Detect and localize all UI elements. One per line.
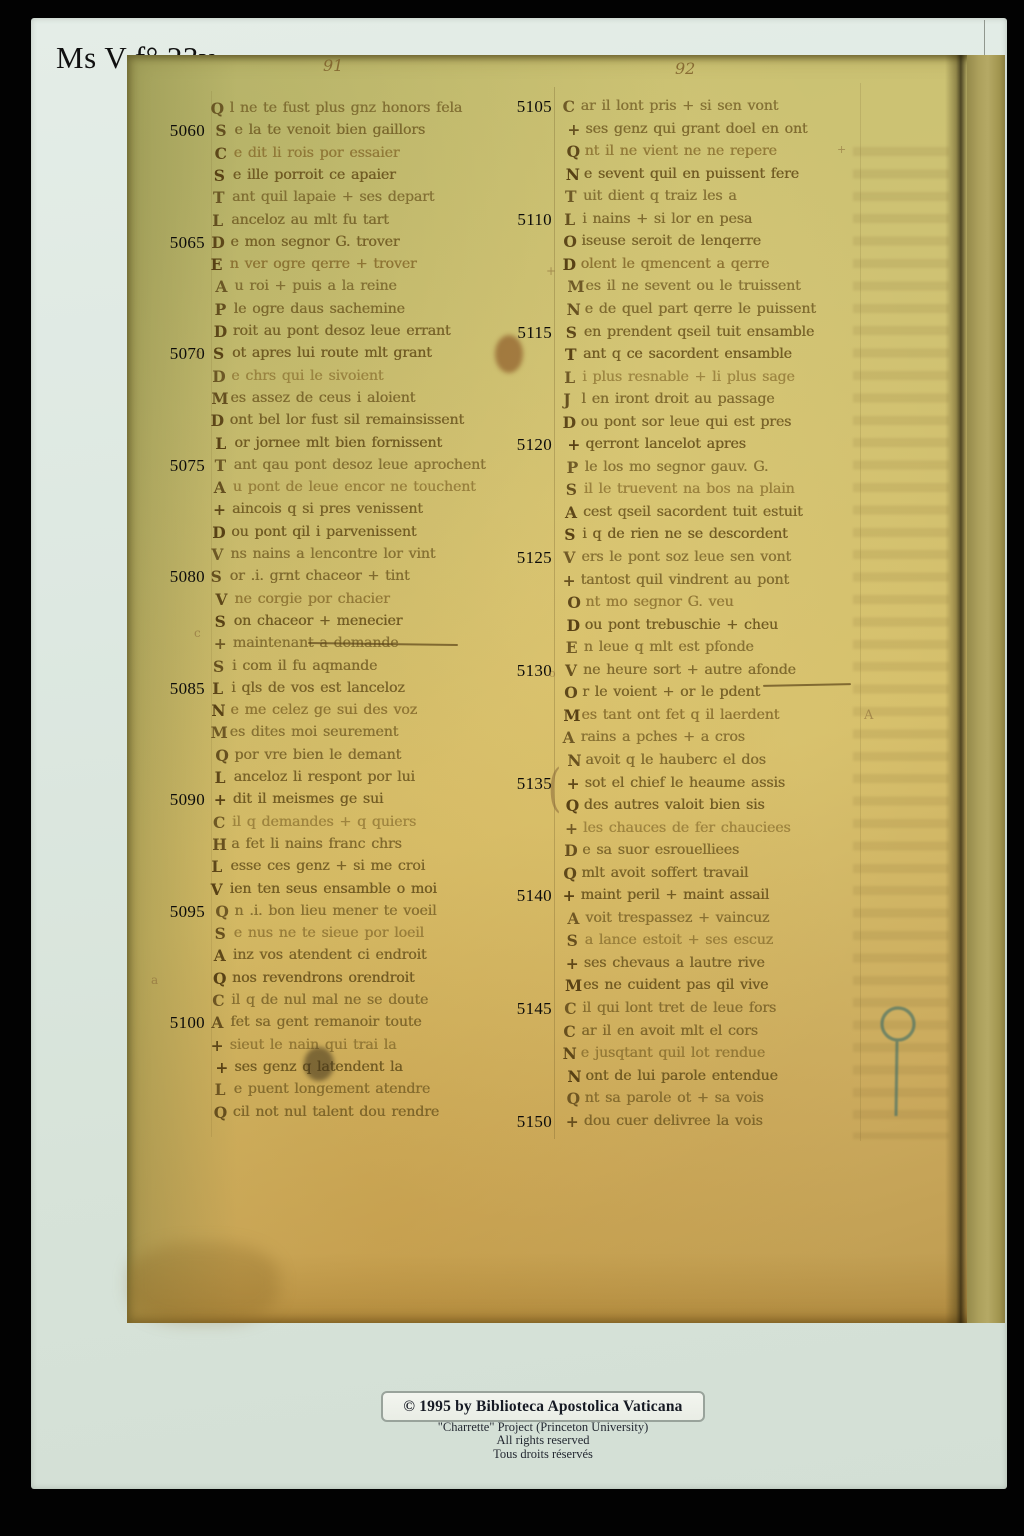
line-initial: Q xyxy=(566,796,580,815)
line-initial: D xyxy=(211,411,224,430)
line-text: es dites moi seurement xyxy=(230,724,399,740)
line-initial: D xyxy=(212,523,225,542)
line-text: es tant ont fet q il laerdent xyxy=(581,707,779,723)
line-initial: P xyxy=(567,458,579,477)
line-text: e de quel part qerre le puissent xyxy=(585,301,816,317)
line-text: uit dient q traiz les a xyxy=(583,188,737,204)
line-text: iseuse seroit de lenqerre xyxy=(581,233,761,249)
line-initial: Q xyxy=(215,902,229,921)
line-initial: Q xyxy=(213,969,227,988)
line-initial: Q xyxy=(214,1103,228,1122)
line-text: ien ten seus ensamble o moi xyxy=(230,881,437,897)
line-number: 5080 xyxy=(163,567,205,587)
line-initial: N xyxy=(566,165,580,184)
line-text: n ver ogre qerre + trover xyxy=(230,256,417,272)
line-initial: S xyxy=(566,480,577,499)
line-number: 5140 xyxy=(510,886,552,906)
teal-probe-mark xyxy=(875,998,921,1122)
line-initial: S xyxy=(211,567,222,586)
line-initial: P xyxy=(215,300,227,319)
line-initial: A xyxy=(567,909,579,928)
line-text: ne heure sort + autre afonde xyxy=(583,662,796,678)
line-number: 5120 xyxy=(510,435,552,455)
line-text: fet sa gent remanoir toute xyxy=(230,1014,421,1030)
line-initial: A xyxy=(565,503,577,522)
line-text: e la te venoit bien gaillors xyxy=(234,122,425,138)
line-initial: V xyxy=(211,545,223,564)
line-initial: L xyxy=(215,1080,226,1099)
line-initial: S xyxy=(213,657,224,676)
line-number: 5085 xyxy=(163,679,205,699)
copyright-label: © 1995 by Biblioteca Apostolica Vaticana xyxy=(381,1391,705,1422)
line-initial: S xyxy=(215,121,226,140)
book-gutter-shadow xyxy=(945,55,967,1323)
line-text: e me celez ge sui des voz xyxy=(230,702,417,718)
line-initial: S xyxy=(213,344,224,363)
marginal-mark: ( xyxy=(548,759,561,819)
slide-photograph: Ms V f° 23v 91 92 Ql ne te fust plus gnz… xyxy=(0,0,1024,1536)
line-number: 5135 xyxy=(510,774,552,794)
line-text: inz vos atendent ci endroit xyxy=(233,947,427,963)
line-initial: + xyxy=(214,634,227,653)
line-text: e ille porroit ce apaier xyxy=(233,167,396,183)
line-text: maint peril + maint assail xyxy=(581,887,770,903)
line-initial: V xyxy=(211,880,223,899)
line-text: le los mo segnor gauv. G. xyxy=(585,459,769,475)
line-initial: L xyxy=(212,211,223,230)
line-text: anceloz au mlt fu tart xyxy=(231,212,389,228)
line-initial: O xyxy=(564,683,578,702)
line-initial: M xyxy=(567,277,584,296)
line-initial: + xyxy=(567,774,580,793)
line-initial: Q xyxy=(567,1089,581,1108)
line-text: ar il lont pris + si sen vont xyxy=(581,98,779,114)
line-text: mlt avoit soffert travail xyxy=(581,865,748,881)
line-initial: N xyxy=(563,1044,577,1063)
line-initial: + xyxy=(213,500,226,519)
line-initial: C xyxy=(564,999,576,1018)
line-initial: A xyxy=(214,946,226,965)
line-initial: S xyxy=(566,323,577,342)
line-initial: S xyxy=(567,931,578,950)
line-text: ant quil lapaie + ses depart xyxy=(232,189,434,205)
line-text: tantost quil vindrent au pont xyxy=(581,572,789,588)
line-text: qerront lancelot apres xyxy=(585,436,745,452)
line-text: ers le pont soz leue sen vont xyxy=(581,549,791,565)
line-initial: L xyxy=(215,768,226,787)
line-text: il q de nul mal ne se doute xyxy=(231,992,428,1008)
line-text: aincois q si pres venissent xyxy=(232,501,423,517)
line-text: dou cuer delivree la vois xyxy=(584,1113,763,1129)
line-initial: D xyxy=(214,322,227,341)
line-initial: S xyxy=(564,525,575,544)
line-text: n .i. bon lieu mener te voeil xyxy=(234,903,436,919)
line-text: avoit q le hauberc el dos xyxy=(585,752,765,768)
line-initial: V xyxy=(215,590,227,609)
line-text: ou pont qil i parvenissent xyxy=(231,524,416,540)
line-text: ses genz qui grant doel en ont xyxy=(585,121,807,137)
credit-line-project: "Charrette" Project (Princeton Universit… xyxy=(376,1421,710,1434)
line-initial: + xyxy=(566,1112,579,1131)
line-text: on chaceor + menecier xyxy=(234,613,403,629)
line-initial: D xyxy=(563,255,576,274)
line-initial: A xyxy=(563,728,575,747)
line-initial: T xyxy=(565,187,577,206)
line-text: e puent longement atendre xyxy=(234,1081,430,1097)
line-initial: S xyxy=(215,612,226,631)
line-initial: J xyxy=(563,390,570,409)
line-initial: A xyxy=(211,1013,223,1032)
line-initial: + xyxy=(211,1036,224,1055)
line-number: 5100 xyxy=(163,1013,205,1033)
line-number: 5095 xyxy=(163,902,205,922)
line-initial: M xyxy=(565,976,582,995)
line-text: des autres valoit bien sis xyxy=(584,797,765,813)
marginal-mark: a xyxy=(151,973,158,987)
line-initial: C xyxy=(213,813,225,832)
line-number: 5060 xyxy=(163,121,205,141)
line-initial: D xyxy=(564,841,577,860)
line-initial: L xyxy=(215,434,226,453)
credits-block: "Charrette" Project (Princeton Universit… xyxy=(376,1421,710,1461)
line-text: cil not nul talent dou rendre xyxy=(233,1104,439,1120)
line-text: e dit li rois por essaier xyxy=(234,145,400,161)
line-text: a fet li nains franc chrs xyxy=(231,836,401,852)
line-text: nt sa parole ot + sa vois xyxy=(585,1090,764,1106)
line-text: e jusqtant quil lot rendue xyxy=(581,1045,765,1061)
line-number: 5130 xyxy=(510,661,552,681)
line-initial: V xyxy=(565,661,577,680)
line-text: le ogre daus sachemine xyxy=(234,301,405,317)
line-initial: A xyxy=(214,478,226,497)
line-initial: M xyxy=(563,706,580,725)
line-initial: S xyxy=(214,166,225,185)
line-initial: + xyxy=(563,571,576,590)
ink-blot xyxy=(304,1047,334,1081)
verso-showthrough xyxy=(853,147,949,1139)
line-initial: Q xyxy=(215,746,229,765)
line-text: roit au pont desoz leue errant xyxy=(233,323,451,339)
marginal-mark: + xyxy=(546,264,556,278)
line-text: sot el chief le heaume assis xyxy=(585,775,785,791)
line-text: ant qau pont desoz leue aprochent xyxy=(234,457,486,473)
line-text: olent le qmencent a qerre xyxy=(581,256,770,272)
line-text: i nains + si lor en pesa xyxy=(582,211,752,227)
line-initial: N xyxy=(567,1067,581,1086)
line-initial: + xyxy=(563,886,576,905)
marginal-mark: + xyxy=(837,143,846,156)
line-text: es il ne sevent ou le truissent xyxy=(585,278,800,294)
line-initial: + xyxy=(567,435,580,454)
line-initial: + xyxy=(565,819,578,838)
line-text: u roi + puis a la reine xyxy=(234,278,396,294)
line-initial: + xyxy=(214,790,227,809)
line-initial: T xyxy=(565,345,577,364)
line-text: ar il en avoit mlt el cors xyxy=(581,1023,757,1039)
line-text: e chrs qui le sivoient xyxy=(231,368,383,384)
ruling-line xyxy=(554,87,555,1139)
line-initial: C xyxy=(212,991,224,1010)
line-number: 5090 xyxy=(163,790,205,810)
line-initial: + xyxy=(566,954,579,973)
line-text: e mon segnor G. trover xyxy=(230,234,399,250)
line-initial: L xyxy=(212,679,223,698)
line-initial: D xyxy=(567,616,580,635)
line-number: 5065 xyxy=(163,233,205,253)
line-text: ns nains a lencontre lor vint xyxy=(230,546,435,562)
line-text: es assez de ceus i aloient xyxy=(230,390,415,406)
line-text: i plus resnable + li plus sage xyxy=(582,369,794,385)
line-initial: L xyxy=(564,210,575,229)
line-text: il le truevent na bos na plain xyxy=(584,481,795,497)
line-initial: Q xyxy=(563,864,577,883)
line-initial: M xyxy=(211,723,228,742)
line-initial: N xyxy=(211,701,225,720)
line-text: i q de rien ne se descordent xyxy=(582,526,787,542)
manuscript-page-photo: 91 92 Ql ne te fust plus gnz honors fela… xyxy=(127,55,1005,1323)
line-initial: O xyxy=(567,593,581,612)
line-initial: L xyxy=(211,857,222,876)
line-text: anceloz li respont por lui xyxy=(234,769,415,785)
line-initial: A xyxy=(215,277,227,296)
parchment-stain xyxy=(495,335,523,373)
line-initial: T xyxy=(213,188,225,207)
facing-page-edge xyxy=(967,55,1005,1323)
marginal-mark: A xyxy=(864,708,873,723)
line-text: a lance estoit + ses escuz xyxy=(585,932,773,948)
line-text: ne corgie por chacier xyxy=(234,591,389,607)
line-text: l ne te fust plus gnz honors fela xyxy=(230,100,462,116)
parchment-stain xyxy=(129,1243,279,1323)
line-initial: H xyxy=(212,835,227,854)
line-initial: + xyxy=(215,1058,228,1077)
marginal-mark: o xyxy=(549,667,556,680)
line-initial: C xyxy=(563,97,575,116)
line-initial: O xyxy=(563,232,577,251)
frame-crack-line xyxy=(984,20,985,56)
line-text: i com il fu aqmande xyxy=(232,658,377,674)
line-initial: Q xyxy=(567,142,581,161)
line-number: 5105 xyxy=(510,97,552,117)
line-number: 5110 xyxy=(510,210,552,230)
line-text: ses chevaus a lautre rive xyxy=(584,955,765,971)
line-initial: + xyxy=(567,120,580,139)
line-initial: C xyxy=(215,144,227,163)
line-number: 5150 xyxy=(510,1112,552,1132)
line-text: ou pont trebuschie + cheu xyxy=(585,617,778,633)
line-number: 5125 xyxy=(510,548,552,568)
line-initial: D xyxy=(211,233,224,252)
line-text: nos revendrons orendroit xyxy=(232,970,414,986)
line-initial: E xyxy=(566,638,578,657)
line-initial: L xyxy=(564,368,575,387)
line-text: ont bel lor fust sil remainsissent xyxy=(230,412,464,428)
line-initial: T xyxy=(215,456,227,475)
line-number: 5145 xyxy=(510,999,552,1019)
scribal-underline xyxy=(763,683,851,687)
line-initial: S xyxy=(215,924,226,943)
line-text: cest qseil sacordent tuit estuit xyxy=(583,504,803,520)
line-text: esse ces genz + si me croi xyxy=(230,858,425,874)
line-text: e sa suor esrouelliees xyxy=(582,842,739,858)
line-text: ant q ce sacordent ensamble xyxy=(583,346,792,362)
line-text: e sevent quil en puissent fere xyxy=(584,166,799,182)
line-text: les chauces de fer chauciees xyxy=(583,820,791,836)
line-text: e nus ne te sieue por loeil xyxy=(234,925,424,941)
line-text: r le voient + or le pdent xyxy=(582,684,760,700)
credit-line-rights-fr: Tous droits réservés xyxy=(376,1448,710,1461)
line-initial: D xyxy=(563,413,576,432)
line-text: voit trespassez + vaincuz xyxy=(585,910,769,926)
line-text: por vre bien le demant xyxy=(234,747,401,763)
line-text: ou pont sor leue qui est pres xyxy=(581,414,792,430)
line-text: nt mo segnor G. veu xyxy=(585,594,733,610)
line-text: or jornee mlt bien fornissent xyxy=(234,435,442,451)
line-text: ot apres lui route mlt grant xyxy=(232,345,432,361)
line-text: es ne cuident pas qil vive xyxy=(583,977,768,993)
line-number: 5075 xyxy=(163,456,205,476)
folio-column-number-91: 91 xyxy=(323,56,343,75)
line-text: or .i. grnt chaceor + tint xyxy=(230,568,410,584)
marginal-mark: r xyxy=(195,347,201,361)
line-text: nt il ne vient ne ne repere xyxy=(585,143,777,159)
line-text: rains a pches + a cros xyxy=(581,729,745,745)
line-initial: D xyxy=(212,367,225,386)
line-initial: E xyxy=(211,255,223,274)
line-text: i qls de vos est lanceloz xyxy=(231,680,404,696)
line-text: l en iront droit au passage xyxy=(581,391,774,407)
line-text: en prendent qseil tuit ensamble xyxy=(584,324,814,340)
line-initial: C xyxy=(563,1022,575,1041)
credit-line-rights-en: All rights reserved xyxy=(376,1434,710,1447)
line-text: dit il meismes ge sui xyxy=(233,791,384,807)
marginal-mark: c xyxy=(194,626,201,640)
folio-column-number-92: 92 xyxy=(675,59,695,78)
line-initial: Q xyxy=(211,99,225,118)
line-initial: N xyxy=(567,300,581,319)
line-text: u pont de leue encor ne touchent xyxy=(233,479,476,495)
line-text: n leue q mlt est pfonde xyxy=(584,639,754,655)
line-initial: V xyxy=(563,548,575,567)
line-text: il q demandes + q quiers xyxy=(232,814,416,830)
line-initial: M xyxy=(211,389,228,408)
line-initial: N xyxy=(567,751,581,770)
line-text: il qui lont tret de leue fors xyxy=(582,1000,776,1016)
line-text: ont de lui parole entendue xyxy=(585,1068,777,1084)
